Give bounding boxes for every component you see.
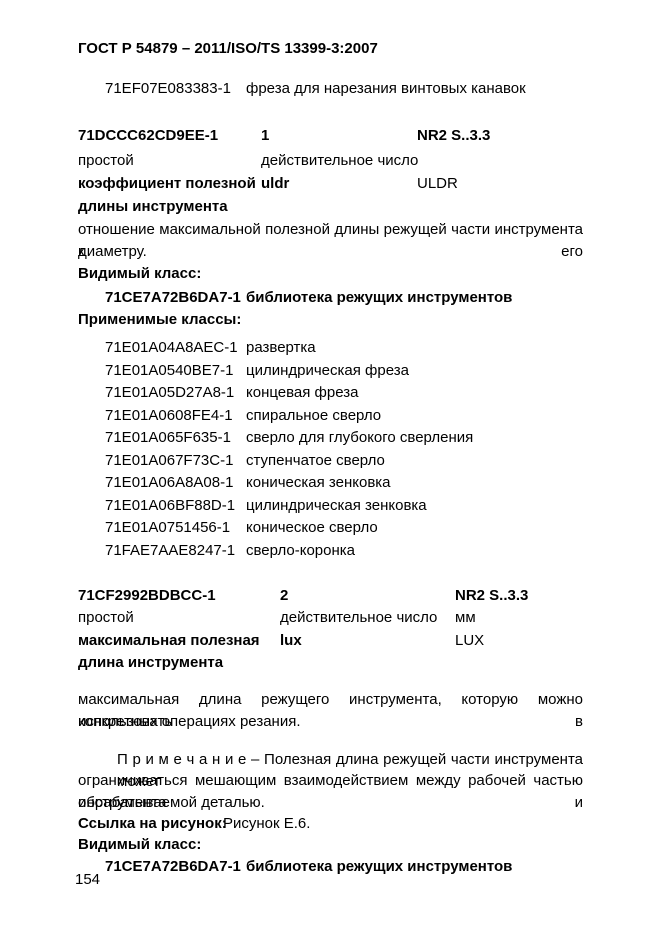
attribute-number: 2 xyxy=(280,585,288,607)
attribute-number: 1 xyxy=(261,125,269,147)
class-code: 71E01A05D27A8-1 xyxy=(105,382,234,405)
class-code: 71E01A06BF88D-1 xyxy=(105,495,235,518)
section2-attribute-row: 71CF2992BDBCC-1 2 NR2 S..3.3 xyxy=(78,585,583,607)
intro-class-row: 71EF07E083383-1 фреза для нарезания винт… xyxy=(78,78,583,100)
class-desc: фреза для нарезания винтовых канавок xyxy=(246,78,526,100)
attribute-code: 71DCCC62CD9EE-1 xyxy=(78,125,218,147)
definition-line: диаметру. xyxy=(78,241,583,263)
attribute-name-line1: коэффициент полезной xyxy=(78,173,256,195)
class-code: 71E01A0751456-1 xyxy=(105,517,230,540)
visible-class-label: Видимый класс: xyxy=(78,263,583,285)
value-type: действительное число xyxy=(280,607,437,629)
class-code: 71E01A065F635-1 xyxy=(105,427,231,450)
note-line: обрабатываемой деталью. xyxy=(78,792,583,814)
class-list-row: 71E01A0608FE4-1 спиральное сверло xyxy=(78,405,583,428)
figure-ref-label: Ссылка на рисунок: xyxy=(78,813,227,835)
visible-class-row: 71CE7A72B6DA7-1 библиотека режущих инстр… xyxy=(78,287,583,309)
applicable-classes-list: 71E01A04A8AEC-1 развертка 71E01A0540BE7-… xyxy=(78,337,583,562)
class-code: 71FAE7AAE8247-1 xyxy=(105,540,235,563)
code-name: ULDR xyxy=(417,173,458,195)
class-desc: сверло-коронка xyxy=(246,540,355,563)
code-name: LUX xyxy=(455,630,484,652)
class-desc: цилиндрическая фреза xyxy=(246,360,409,383)
class-code: 71E01A04A8AEC-1 xyxy=(105,337,238,360)
class-desc: коническая зенковка xyxy=(246,472,391,495)
data-format: NR2 S..3.3 xyxy=(455,585,528,607)
note-line: П р и м е ч а н и е – Полезная длина реж… xyxy=(78,749,583,771)
section1-name-row: коэффициент полезной uldr ULDR xyxy=(78,173,583,195)
note-line: ограничиваться мешающим взаимодействием … xyxy=(78,770,583,792)
attribute-name-line2: длины инструмента xyxy=(78,196,583,218)
class-code: 71E01A06A8A08-1 xyxy=(105,472,233,495)
class-list-row: 71E01A0751456-1 коническое сверло xyxy=(78,517,583,540)
class-desc: ступенчатое сверло xyxy=(246,450,385,473)
section1-attribute-row: 71DCCC62CD9EE-1 1 NR2 S..3.3 xyxy=(78,125,583,147)
class-code: 71E01A0608FE4-1 xyxy=(105,405,233,428)
definition-line: отношение максимальной полезной длины ре… xyxy=(78,219,583,241)
class-list-row: 71E01A06BF88D-1 цилиндрическая зенковка xyxy=(78,495,583,518)
class-desc: сверло для глубокого сверления xyxy=(246,427,473,450)
class-desc: концевая фреза xyxy=(246,382,358,405)
class-list-row: 71E01A06A8A08-1 коническая зенковка xyxy=(78,472,583,495)
class-code: 71CE7A72B6DA7-1 xyxy=(105,287,241,309)
page-header: ГОСТ Р 54879 – 2011/ISO/TS 13399-3:2007 xyxy=(78,38,583,60)
short-name: lux xyxy=(280,630,302,652)
data-format: NR2 S..3.3 xyxy=(417,125,490,147)
attribute-name-line2: длина инструмента xyxy=(78,652,583,674)
class-desc: библиотека режущих инструментов xyxy=(246,287,512,309)
unit-label: мм xyxy=(455,607,476,629)
class-list-row: 71E01A04A8AEC-1 развертка xyxy=(78,337,583,360)
class-desc: библиотека режущих инструментов xyxy=(246,856,512,878)
definition-line: конкретных операциях резания. xyxy=(78,711,583,733)
class-desc: развертка xyxy=(246,337,316,360)
page-number: 154 xyxy=(75,869,100,891)
applicable-classes-label: Применимые классы: xyxy=(78,309,583,331)
class-desc: цилиндрическая зенковка xyxy=(246,495,427,518)
section2-name-row: максимальная полезная lux LUX xyxy=(78,630,583,652)
class-list-row: 71E01A05D27A8-1 концевая фреза xyxy=(78,382,583,405)
class-list-row: 71E01A0540BE7-1 цилиндрическая фреза xyxy=(78,360,583,383)
visible-class-row: 71CE7A72B6DA7-1 библиотека режущих инстр… xyxy=(78,856,583,878)
attribute-name-line1: максимальная полезная xyxy=(78,630,260,652)
short-name: uldr xyxy=(261,173,289,195)
attribute-code: 71CF2992BDBCC-1 xyxy=(78,585,216,607)
section2-kind-row: простой действительное число мм xyxy=(78,607,583,629)
section1-kind-row: простой действительное число xyxy=(78,150,583,172)
class-list-row: 71E01A067F73C-1 ступенчатое сверло xyxy=(78,450,583,473)
definition-line: максимальная длина режущего инструмента,… xyxy=(78,689,583,711)
class-code: 71CE7A72B6DA7-1 xyxy=(105,856,241,878)
class-desc: коническое сверло xyxy=(246,517,378,540)
class-list-row: 71E01A065F635-1 сверло для глубокого све… xyxy=(78,427,583,450)
attribute-kind: простой xyxy=(78,607,134,629)
class-list-row: 71FAE7AAE8247-1 сверло-коронка xyxy=(78,540,583,563)
visible-class-label: Видимый класс: xyxy=(78,834,583,856)
figure-ref-value: Рисунок Е.6. xyxy=(223,813,310,835)
figure-ref-row: Ссылка на рисунок: Рисунок Е.6. xyxy=(78,813,583,835)
value-type: действительное число xyxy=(261,150,418,172)
class-code: 71E01A067F73C-1 xyxy=(105,450,233,473)
class-code: 71E01A0540BE7-1 xyxy=(105,360,233,383)
attribute-kind: простой xyxy=(78,150,134,172)
class-code: 71EF07E083383-1 xyxy=(105,78,231,100)
class-desc: спиральное сверло xyxy=(246,405,381,428)
